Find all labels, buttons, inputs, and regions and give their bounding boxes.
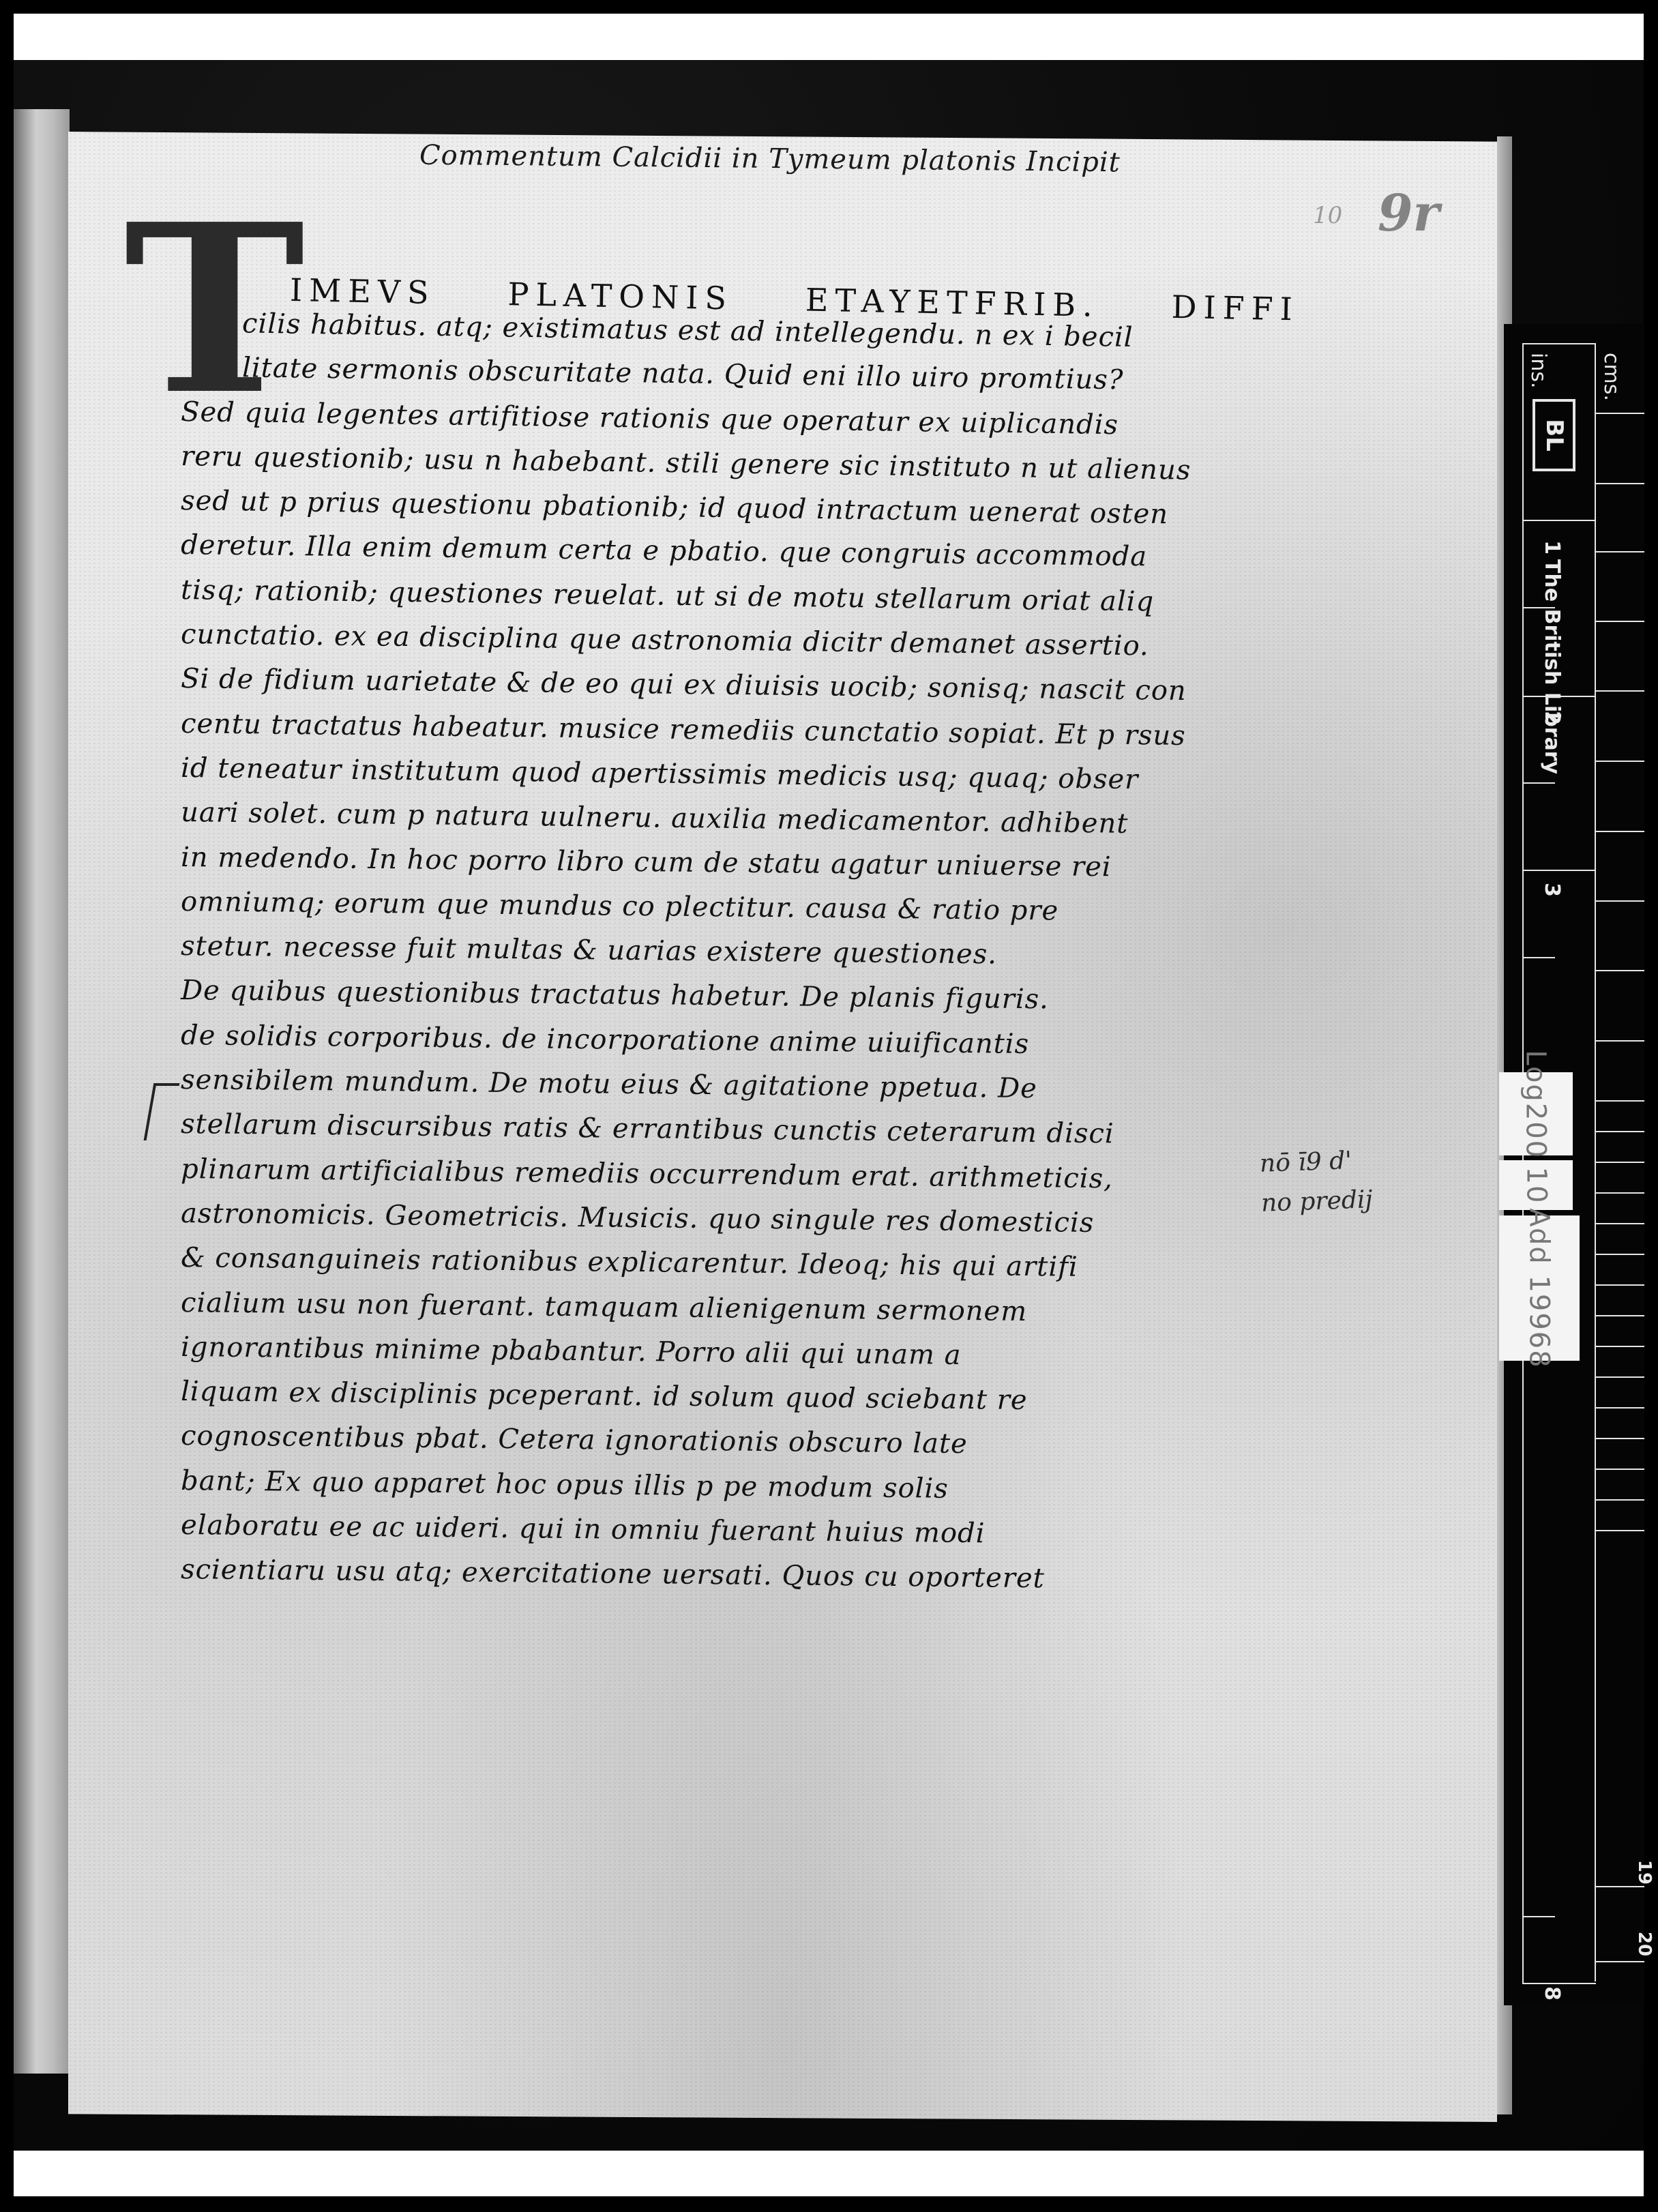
cm-tick — [1596, 1315, 1644, 1316]
ruler-brand: The British Library — [1540, 559, 1564, 774]
cm-tick — [1596, 483, 1644, 484]
page-edge — [14, 109, 70, 2074]
folio-number-pencil: 10 — [1313, 202, 1342, 229]
folio-number-ink: 9r — [1378, 184, 1439, 243]
inch-number: 2 — [1540, 711, 1564, 725]
cm-tick — [1596, 1407, 1644, 1409]
inch-tick — [1524, 870, 1595, 871]
cm-tick — [1596, 970, 1644, 971]
inch-tick — [1524, 696, 1595, 697]
inch-half-tick — [1524, 782, 1555, 784]
label-text: Add 19968 — [1524, 1208, 1555, 1368]
cm-tick — [1596, 1499, 1644, 1501]
inch-tick — [1524, 520, 1595, 521]
ruler-unit-cms: cms. — [1599, 353, 1623, 401]
cm-tick — [1596, 1346, 1644, 1347]
cm-tick — [1596, 1192, 1644, 1194]
marginal-note-line: no predij — [1260, 1180, 1374, 1224]
cm-tick — [1596, 621, 1644, 622]
inch-half-tick — [1524, 1916, 1555, 1917]
marginal-note: nō ī9 d' no predij — [1259, 1140, 1374, 1224]
cm-tick — [1596, 1284, 1644, 1286]
label-text: Log2006 — [1520, 1050, 1552, 1177]
shelfmark-label: 10 — [1499, 1160, 1573, 1210]
british-library-logo-icon: BL — [1533, 399, 1575, 471]
cm-number: 19 — [1634, 1860, 1655, 1885]
inch-number: 3 — [1540, 883, 1564, 897]
cm-tick — [1596, 1961, 1644, 1962]
shelfmark-label: Log2006 — [1499, 1072, 1573, 1155]
ruler-unit-ins: ins. — [1526, 353, 1550, 389]
shelfmark-label: Add 19968 — [1499, 1215, 1580, 1361]
cm-tick — [1596, 690, 1644, 692]
cm-tick — [1596, 1131, 1644, 1132]
label-text: 10 — [1520, 1166, 1552, 1204]
main-text: cilis habitus. atq; existimatus est ad i… — [181, 307, 1313, 1599]
cm-tick — [1596, 1254, 1644, 1255]
cm-tick — [1596, 1530, 1644, 1531]
inch-number: 8 — [1540, 1986, 1564, 2001]
logo-text: BL — [1541, 419, 1568, 452]
cm-tick — [1596, 1886, 1644, 1887]
cm-tick — [1596, 1040, 1644, 1042]
cm-tick — [1596, 551, 1644, 552]
marginal-note-line: nō ī9 d' — [1259, 1140, 1372, 1184]
inch-half-tick — [1524, 957, 1555, 958]
cm-number: 20 — [1634, 1932, 1655, 1956]
cm-tick — [1596, 761, 1644, 762]
cm-tick — [1596, 900, 1644, 902]
inch-half-tick — [1524, 607, 1555, 608]
inch-number: 1 — [1540, 540, 1564, 555]
cm-tick — [1596, 1162, 1644, 1163]
cm-tick — [1596, 1376, 1644, 1378]
title-word: IMEVS — [289, 271, 436, 311]
cm-tick — [1596, 1438, 1644, 1439]
cm-tick — [1596, 413, 1644, 414]
cm-tick — [1596, 1223, 1644, 1224]
cm-tick — [1596, 831, 1644, 832]
cm-tick — [1596, 1100, 1644, 1102]
cm-tick — [1596, 1469, 1644, 1470]
